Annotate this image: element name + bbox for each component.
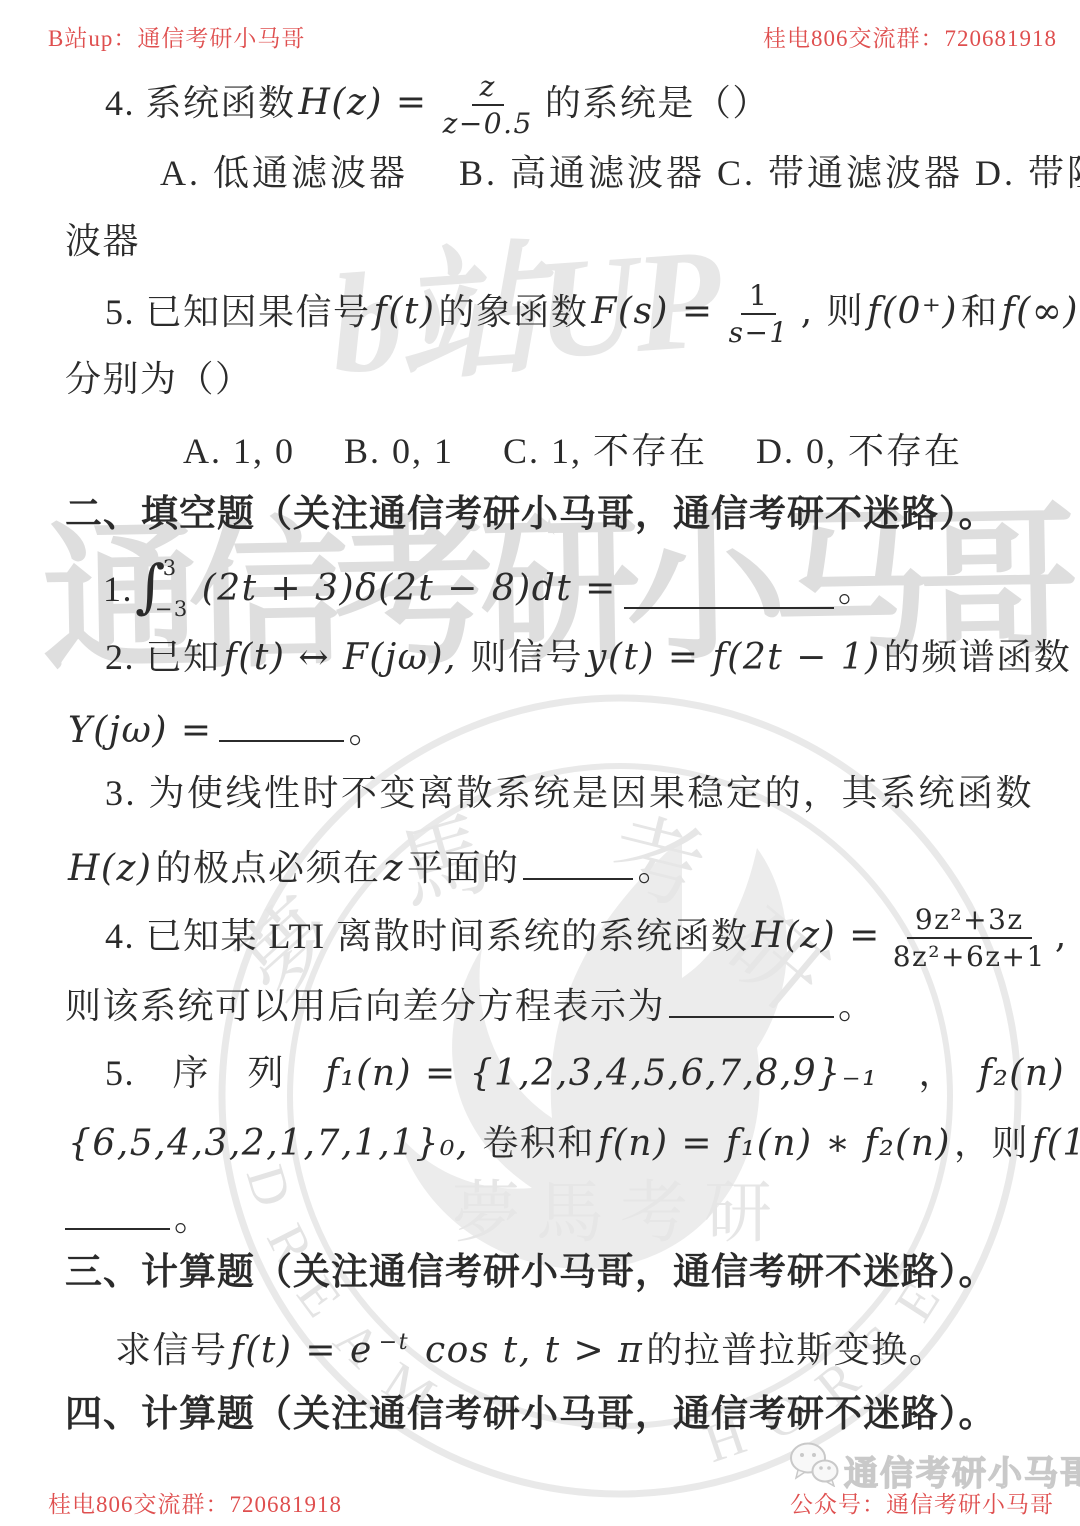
fill-q2: 2. 已知f(t) ↔ F(jω), 则信号y(t) = f(2t − 1)的频… xyxy=(105,634,1071,681)
fill-q4-wrap: 则该系统可以用后向差分方程表示为。 xyxy=(65,978,876,1029)
q5-mid: 的象函数 xyxy=(438,289,588,335)
fill-q5-set2: {6,5,4,3,2,1,7,1,1}₀, xyxy=(68,1123,469,1164)
calc3-math-exponent: −t xyxy=(379,1330,409,1355)
q5-frac-num: 1 xyxy=(741,278,776,315)
fill-q1-period: 。 xyxy=(838,566,876,612)
q4-frac-num: z xyxy=(472,69,504,106)
q4-func: H(z) = xyxy=(299,80,428,126)
fill-q1-expr: (2t + 3)δ(2t − 8)dt = xyxy=(202,566,617,612)
integral: ∫3−3 xyxy=(135,558,197,620)
q5-f0: f(0⁺) xyxy=(867,289,958,335)
calc3-tail: 的拉普拉斯变换。 xyxy=(646,1330,946,1370)
fill-q4-blank xyxy=(669,978,834,1018)
fill-q5-lead: 5. 序 列 xyxy=(105,1053,323,1093)
fill-q4-wrap-lead: 则该系统可以用后向差分方程表示为 xyxy=(65,986,665,1026)
section4-title: 四、计算题（关注通信考研小马哥，通信考研不迷路）。 xyxy=(65,1392,997,1438)
fill-q5-blank xyxy=(65,1190,170,1230)
footer-right-note: 公众号：通信考研小马哥 xyxy=(790,1486,1054,1519)
q5-fs: F(s) = xyxy=(591,289,713,335)
fill-q3-blank xyxy=(523,840,633,880)
fill-q2-period: 。 xyxy=(348,710,386,750)
fill-q5-f1: f₁(n) = {1,2,3,4,5,6,7,8,9}₋₁ xyxy=(326,1053,879,1094)
fill-q3-z: z xyxy=(383,848,403,889)
fill-q2-mid: 则信号 xyxy=(460,637,583,677)
fill-q4: 4. 已知某 LTI 离散时间系统的系统函数H(z) =9z²+3z8z²+6z… xyxy=(105,900,1068,972)
calc3-lead: 求信号 xyxy=(115,1330,228,1370)
calc3-problem: 求信号f(t) = e−t cos t, t > π的拉普拉斯变换。 xyxy=(115,1320,946,1374)
header-right-note: 桂电806交流群：720681918 xyxy=(763,20,1057,53)
q5-finf: f(∞) xyxy=(1001,289,1078,335)
fill-q4-period: 。 xyxy=(838,986,876,1026)
q5-frac-den: s−1 xyxy=(725,315,793,350)
fill-q5-sep: ， xyxy=(881,1053,976,1093)
calc3-math-rest: cos t, t > π xyxy=(412,1330,643,1371)
q5-fraction: 1s−1 xyxy=(722,278,796,350)
q5-lead: 5. 已知因果信号 xyxy=(105,289,371,335)
fill-q2-blank xyxy=(219,702,344,742)
fill-q4-lead: 4. 已知某 LTI 离散时间系统的系统函数 xyxy=(105,913,749,959)
mcq-q4-options: A. 低通滤波器 B. 高通滤波器 C. 带通滤波器 D. 带阻滤 xyxy=(160,150,1080,196)
fill-q5-period: 。 xyxy=(174,1198,212,1238)
fill-q3-period: 。 xyxy=(637,848,675,888)
integral-lower-limit: −3 xyxy=(155,599,189,620)
fill-q1-number: 1. xyxy=(103,566,133,612)
fill-q3-tail: 平面的 xyxy=(407,848,520,888)
mcq-q5-stem: 5. 已知因果信号f(t)的象函数F(s) =1s−1, 则f(0⁺)和f(∞) xyxy=(105,277,1080,347)
fill-q5-tail: ，则 xyxy=(954,1123,1029,1163)
calc3-math-base: f(t) = e xyxy=(231,1330,373,1371)
fill-q5-line1: 5. 序 列 f₁(n) = {1,2,3,4,5,6,7,8,9}₋₁ ， f… xyxy=(105,1050,1080,1097)
mcq-q5-options: A. 1, 0 B. 0, 1 C. 1, 不存在 D. 0, 不存在 xyxy=(183,428,962,474)
fill-q2-wrap: Y(jω) =。 xyxy=(65,702,386,754)
wechat-icon xyxy=(788,1441,840,1487)
q5-ft: f(t) xyxy=(374,289,436,335)
fill-q3-line2: H(z)的极点必须在z平面的。 xyxy=(65,840,675,892)
fill-q5-conv: f(n) = f₁(n) ∗ f₂(n) xyxy=(598,1123,951,1164)
fill-q4-comma: , xyxy=(1055,913,1068,959)
fill-q5-mid: 卷积和 xyxy=(472,1123,595,1163)
fill-q1-blank xyxy=(624,569,834,609)
fill-q5-f2: f₂(n) = xyxy=(979,1053,1080,1094)
fill-q4-frac-num: 9z²+3z xyxy=(907,902,1032,939)
fill-q5-f10: f(10) = xyxy=(1032,1123,1080,1164)
header-left-note: B站up：通信考研小马哥 xyxy=(48,20,305,53)
section2-title: 二、填空题（关注通信考研小马哥，通信考研不迷路）。 xyxy=(65,492,997,538)
fill-q2-math1: f(t) ↔ F(jω), xyxy=(224,637,457,678)
exam-page: b站UP 通信考研小马哥 夢 馬 考 研 夢馬考研 DREAM HORSE 通信… xyxy=(0,0,1080,1526)
section3-title: 三、计算题（关注通信考研小马哥，通信考研不迷路）。 xyxy=(65,1250,997,1296)
fill-q2-math2: y(t) = f(2t − 1) xyxy=(586,637,881,678)
q4-fraction: zz−0.5 xyxy=(436,69,540,141)
fill-q2-yjw: Y(jω) = xyxy=(68,710,212,751)
footer-left-note: 桂电806交流群：720681918 xyxy=(48,1486,342,1519)
fill-q4-frac-den: 8z²+6z+1 xyxy=(889,939,1050,974)
fill-q3-line1: 3. 为使线性时不变离散系统是因果稳定的，其系统函数 xyxy=(105,770,1034,816)
q5-and: 和 xyxy=(961,289,999,335)
fill-q5-line3: 。 xyxy=(65,1190,212,1241)
q4-tail: 的系统是（） xyxy=(545,80,770,126)
seal-bottom-text: 夢馬考研 xyxy=(452,1175,788,1251)
fill-q1: 1.∫3−3(2t + 3)δ(2t − 8)dt =。 xyxy=(103,556,875,622)
fill-q2-lead: 2. 已知 xyxy=(105,637,221,677)
mcq-q4-stem: 4. 系统函数H(z) =zz−0.5的系统是（） xyxy=(105,68,770,138)
q4-frac-den: z−0.5 xyxy=(439,106,537,141)
fill-q2-tail: 的频谱函数 xyxy=(884,637,1072,677)
q4-lead: 4. 系统函数 xyxy=(105,80,296,126)
fill-q3-hz: H(z) xyxy=(68,848,152,889)
fill-q4-fraction: 9z²+3z8z²+6z+1 xyxy=(889,902,1050,974)
mcq-q4-options-wrap: 波器 xyxy=(65,218,140,264)
fill-q5-line2: {6,5,4,3,2,1,7,1,1}₀, 卷积和f(n) = f₁(n) ∗ … xyxy=(65,1120,1080,1167)
fill-q4-hz: H(z) = xyxy=(752,913,881,959)
q5-comma: , 则 xyxy=(801,289,864,335)
mcq-q5-stem-wrap: 分别为（） xyxy=(65,356,253,402)
fill-q3-mid: 的极点必须在 xyxy=(155,848,380,888)
